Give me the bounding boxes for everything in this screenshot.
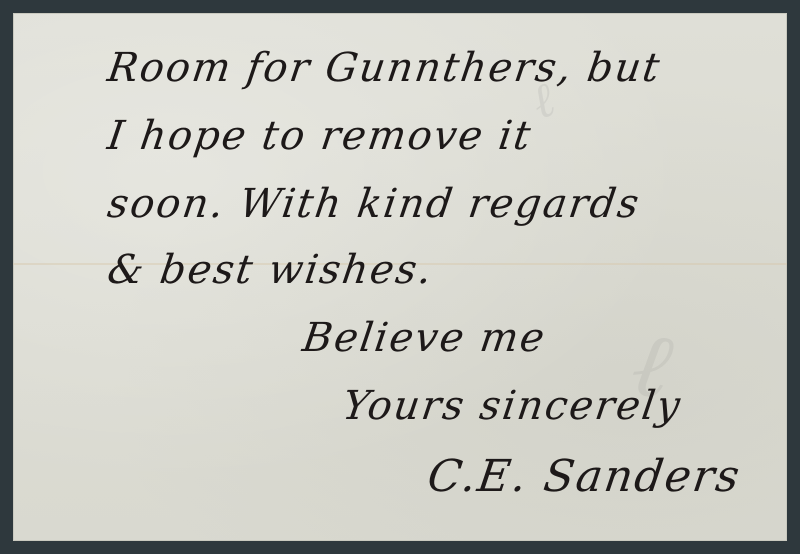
letter-paper: ℓ ℓ Room for Gunnthers, but I hope to re… [13, 13, 787, 541]
letter-line-3: soon. With kind regards [105, 181, 644, 227]
signature: C.E. Sanders [424, 451, 744, 502]
letter-line-2: I hope to remove it [105, 113, 535, 159]
valediction-line: Yours sincerely [340, 383, 685, 429]
letter-line-4: & best wishes. [105, 247, 437, 293]
closing-line: Believe me [300, 315, 549, 361]
letter-line-1: Room for Gunnthers, but [105, 45, 664, 91]
